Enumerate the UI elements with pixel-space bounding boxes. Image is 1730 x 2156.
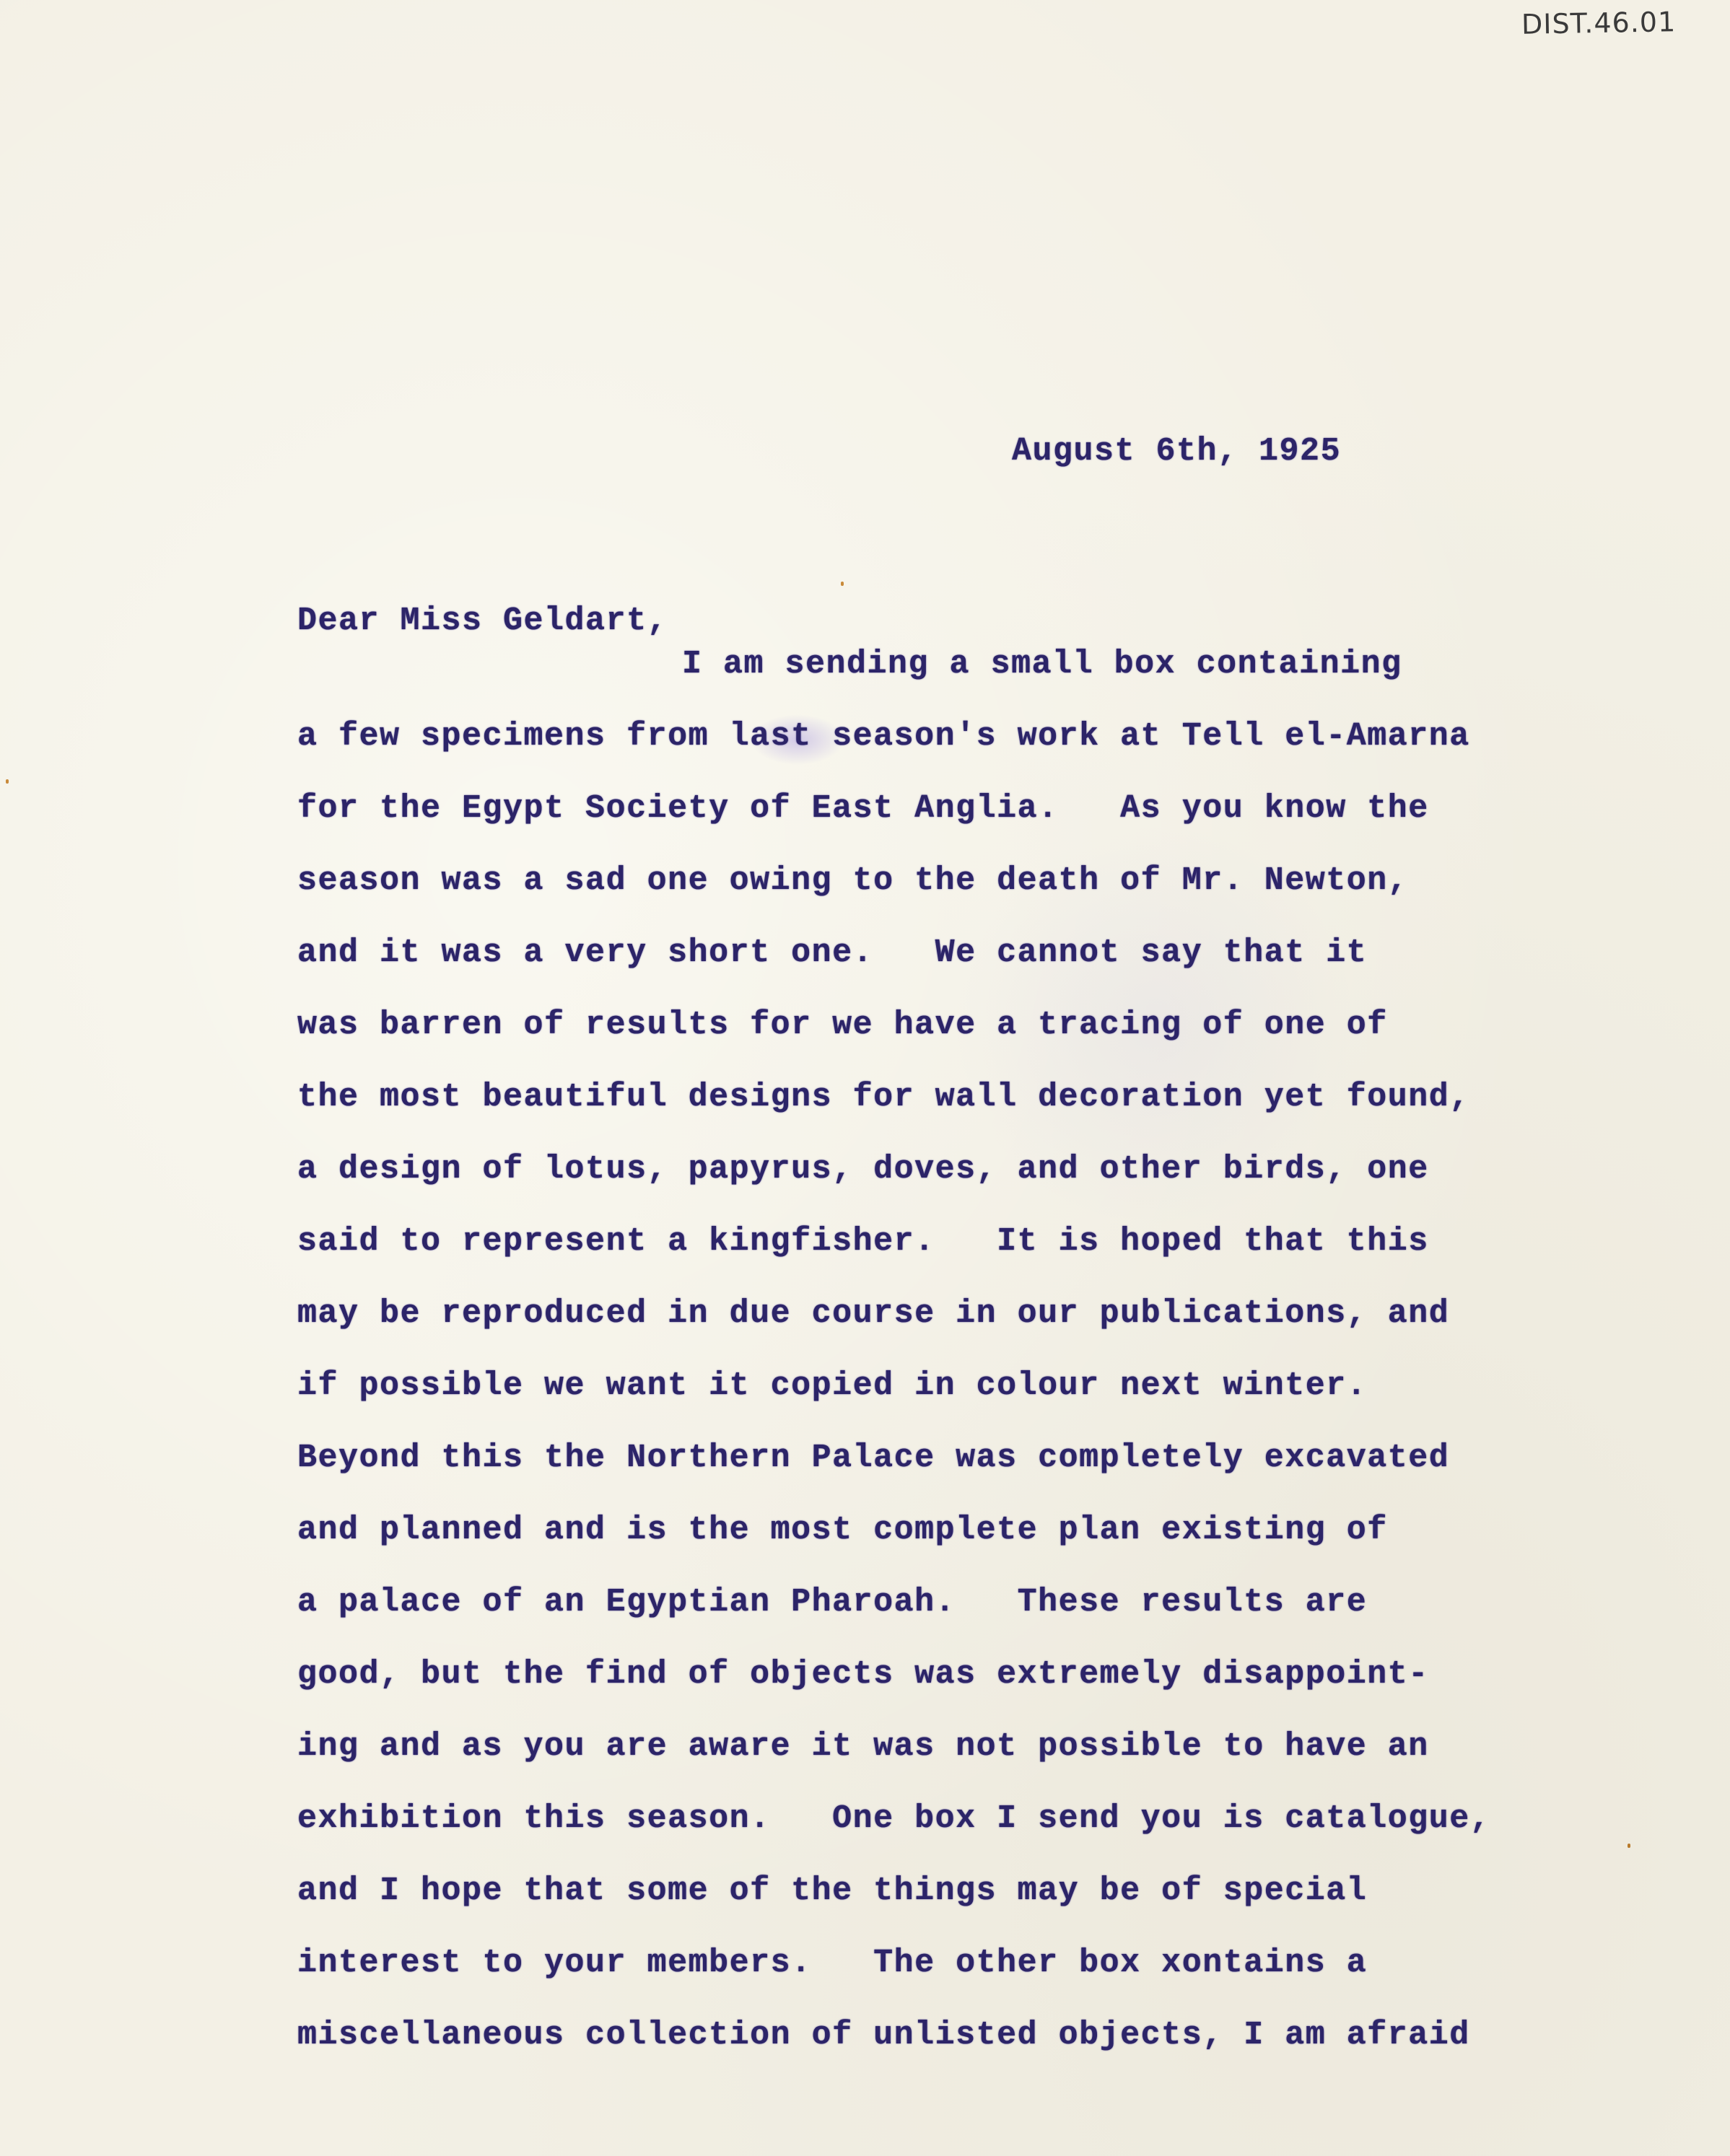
body-line: interest to your members. The other box … bbox=[297, 1945, 1367, 1981]
body-line: good, but the find of objects was extrem… bbox=[297, 1656, 1429, 1693]
body-line: and it was a very short one. We cannot s… bbox=[297, 934, 1367, 971]
paper-speck bbox=[841, 582, 844, 586]
body-line: and planned and is the most complete pla… bbox=[297, 1512, 1388, 1548]
body-line: season was a sad one owing to the death … bbox=[297, 862, 1408, 899]
salutation: Dear Miss Geldart, bbox=[297, 602, 668, 639]
body-line: I am sending a small box containing bbox=[682, 646, 1402, 683]
body-line: and I hope that some of the things may b… bbox=[297, 1872, 1367, 1909]
body-line: a design of lotus, papyrus, doves, and o… bbox=[297, 1151, 1429, 1188]
body-line: exhibition this season. One box I send y… bbox=[297, 1800, 1490, 1837]
body-line: if possible we want it copied in colour … bbox=[297, 1367, 1367, 1404]
paper-speck bbox=[6, 779, 9, 784]
body-line: ing and as you are aware it was not poss… bbox=[297, 1728, 1429, 1765]
letter-date: August 6th, 1925 bbox=[1012, 433, 1341, 470]
body-line: miscellaneous collection of unlisted obj… bbox=[297, 2017, 1470, 2054]
letter-page: DIST.46.01 August 6th, 1925 Dear Miss Ge… bbox=[0, 0, 1730, 2156]
body-line: the most beautiful designs for wall deco… bbox=[297, 1079, 1470, 1116]
body-line: said to represent a kingfisher. It is ho… bbox=[297, 1223, 1429, 1260]
body-line: was barren of results for we have a trac… bbox=[297, 1007, 1388, 1043]
body-line: Beyond this the Northern Palace was comp… bbox=[297, 1439, 1449, 1476]
body-line: a palace of an Egyptian Pharoah. These r… bbox=[297, 1584, 1367, 1621]
catalog-number: DIST.46.01 bbox=[1521, 6, 1677, 40]
body-line: for the Egypt Society of East Anglia. As… bbox=[297, 790, 1429, 827]
body-line: may be reproduced in due course in our p… bbox=[297, 1295, 1449, 1332]
paper-speck bbox=[1628, 1844, 1630, 1848]
body-line: a few specimens from last season's work … bbox=[297, 718, 1470, 755]
